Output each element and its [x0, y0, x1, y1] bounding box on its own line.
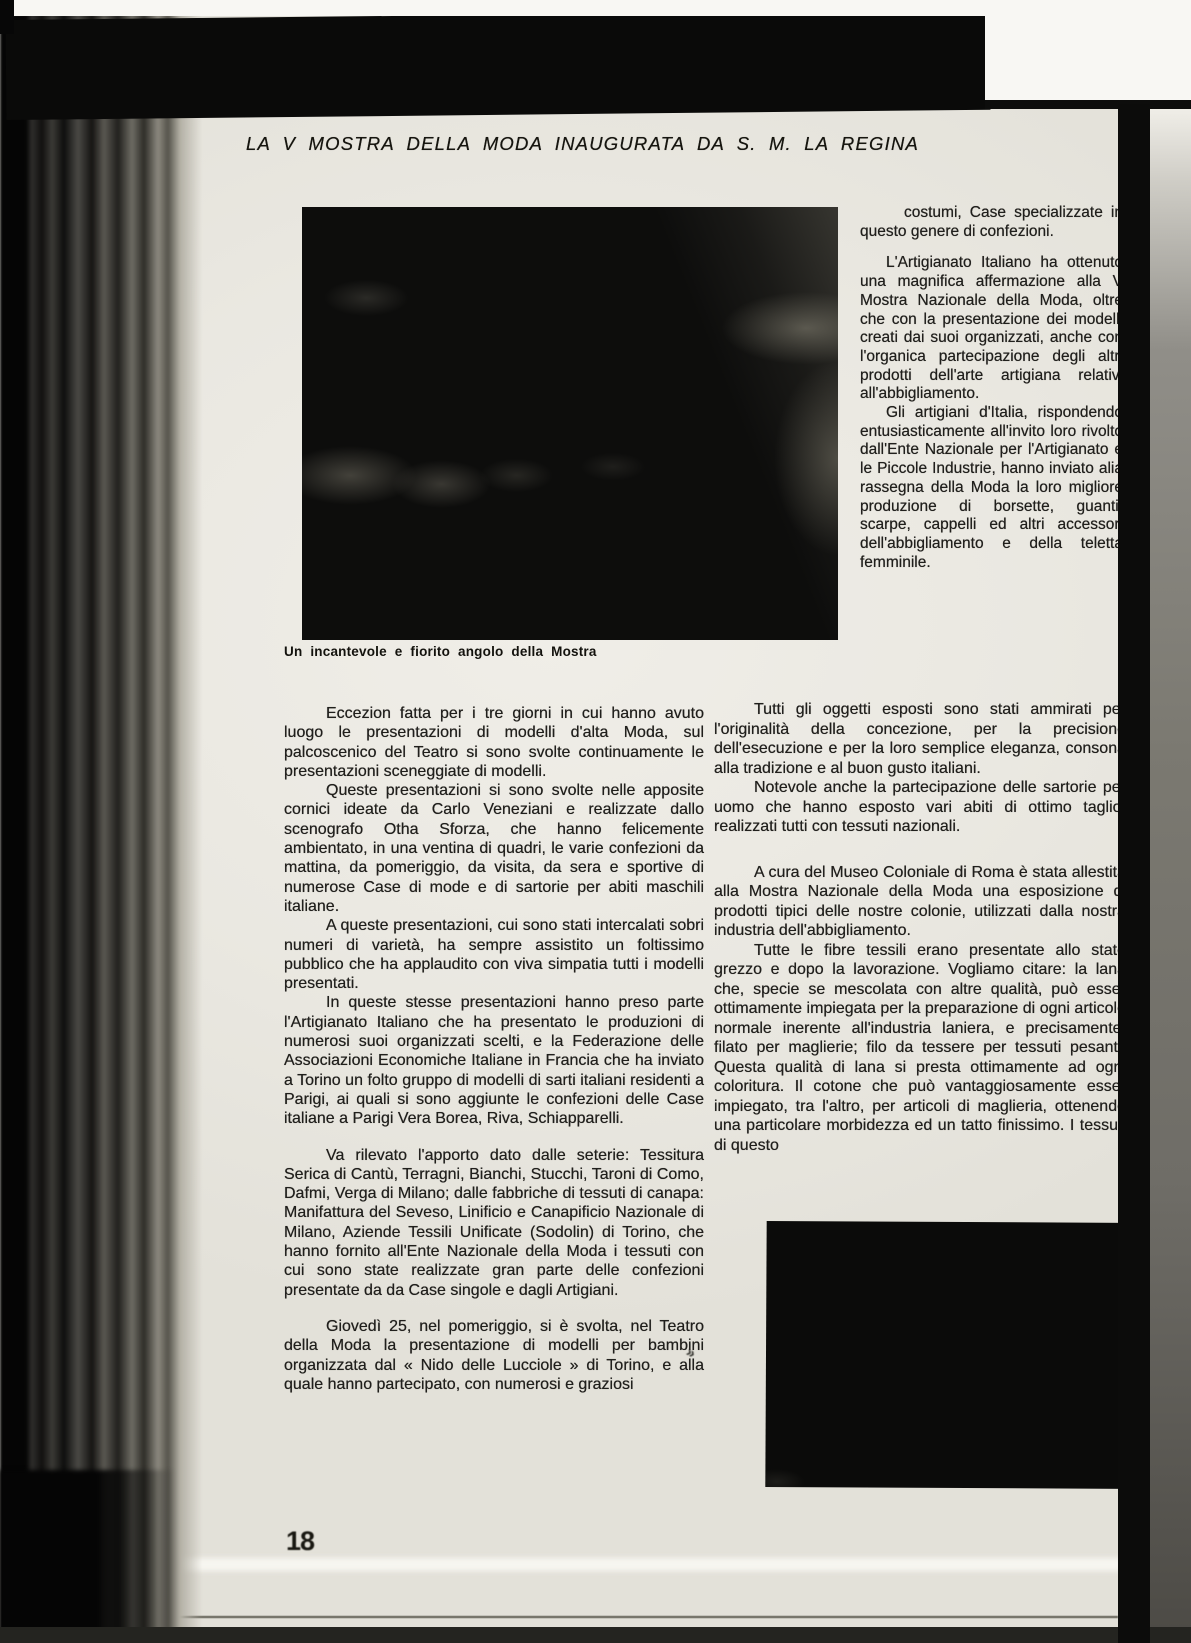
under-sheet-edge-line: [166, 1616, 1118, 1618]
paragraph: A cura del Museo Coloniale di Roma è sta…: [714, 863, 1126, 941]
column-right-top: costumi, Case specializzate in questo ge…: [860, 204, 1123, 572]
page-edge-bottom-highlight: [60, 1558, 1122, 1571]
paragraph: Queste presentazioni si sono svolte nell…: [284, 781, 704, 916]
page-edge-right: [1150, 104, 1191, 1643]
photo-caption: Un incantevole e fiorito angolo della Mo…: [284, 644, 714, 659]
photo-mostra: [302, 207, 838, 640]
film-edge-bottom: [0, 1627, 1191, 1643]
scanned-magazine-page: LA V MOSTRA DELLA MODA INAUGURATA DA S. …: [0, 0, 1191, 1643]
paragraph: Notevole anche la partecipazione delle s…: [714, 778, 1126, 837]
column-left: Eccezion fatta per i tre giorni in cui h…: [284, 704, 704, 1394]
film-edge-left: [0, 14, 202, 1643]
article-title: LA V MOSTRA DELLA MODA INAUGURATA DA S. …: [246, 133, 806, 155]
photo-bottom: [765, 1221, 1150, 1489]
film-edge-top: [5, 10, 990, 120]
film-edge-top-right-line: [985, 100, 1191, 109]
page-corner-top-right: [985, 0, 1191, 102]
page-top-margin: [0, 0, 992, 16]
paragraph: costumi, Case specializzate in questo ge…: [860, 204, 1123, 241]
paragraph: Tutti gli oggetti esposti sono stati amm…: [714, 700, 1126, 778]
paragraph: In queste stesse presentazioni hanno pre…: [284, 993, 704, 1128]
film-edge-right: [1118, 104, 1150, 1643]
paragraph: Giovedì 25, nel pomeriggio, si è svolta,…: [284, 1317, 704, 1394]
column-right-bottom: Tutti gli oggetti esposti sono stati amm…: [714, 700, 1126, 1155]
paragraph: L'Artigianato Italiano ha ottenuto una m…: [860, 254, 1123, 404]
paragraph: A queste presentazioni, cui sono stati i…: [284, 916, 704, 993]
film-corner-top-left: [0, 0, 14, 34]
paragraph: Eccezion fatta per i tre giorni in cui h…: [284, 704, 704, 781]
paragraph: Tutte le fibre tessili erano presentate …: [714, 941, 1126, 1156]
paragraph: Va rilevato l'apporto dato dalle seterie…: [284, 1146, 704, 1300]
page-number: 18: [286, 1526, 314, 1557]
paragraph: Gli artigiani d'Italia, rispondendo entu…: [860, 404, 1123, 572]
film-edge-left-bottom: [0, 1470, 175, 1643]
